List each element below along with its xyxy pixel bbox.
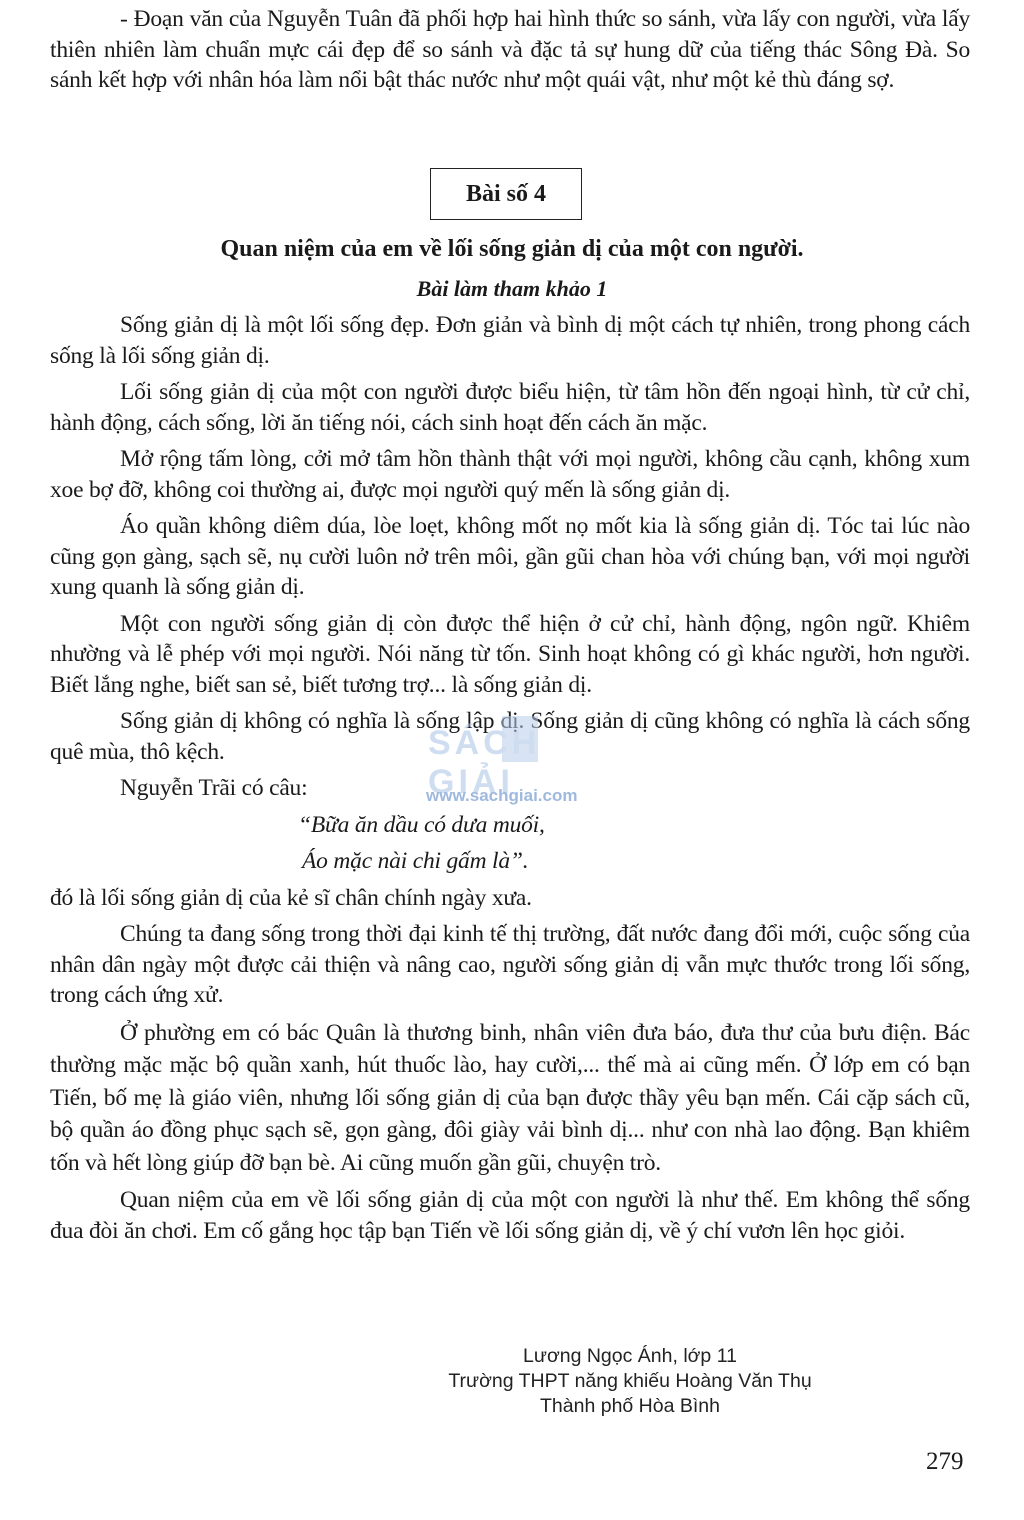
author-name: Lương Ngọc Ánh, lớp 11 (400, 1344, 860, 1369)
body-paragraph: Mở rộng tấm lòng, cởi mở tâm hồn thành t… (50, 444, 970, 505)
author-school: Trường THPT năng khiếu Hoàng Văn Thụ (400, 1369, 860, 1394)
body-paragraph: đó là lối sống giản dị của kẻ sĩ chân ch… (50, 883, 970, 914)
essay-subtitle: Bài làm tham khảo 1 (0, 276, 1024, 302)
essay-title: Quan niệm của em về lối sống giản dị của… (0, 236, 1024, 263)
book-page: - Đoạn văn của Nguyễn Tuân đã phối hợp h… (0, 0, 1024, 1520)
body-paragraph: Một con người sống giản dị còn được thể … (50, 609, 970, 701)
intro-section: - Đoạn văn của Nguyễn Tuân đã phối hợp h… (50, 4, 970, 96)
body-paragraph: Sống giản dị là một lối sống đẹp. Đơn gi… (50, 310, 970, 371)
poem-line: “Bữa ăn dầu có dưa muối, (50, 810, 970, 841)
body-paragraph: Lối sống giản dị của một con người được … (50, 377, 970, 438)
body-paragraph: Chúng ta đang sống trong thời đại kinh t… (50, 919, 970, 1011)
body-paragraph: Áo quần không diêm dúa, lòe loẹt, không … (50, 511, 970, 603)
essay-body: Sống giản dị là một lối sống đẹp. Đơn gi… (50, 310, 970, 1246)
intro-paragraph: - Đoạn văn của Nguyễn Tuân đã phối hợp h… (50, 4, 970, 96)
body-paragraph: Ở phường em có bác Quân là thương binh, … (50, 1017, 970, 1180)
page-number: 279 (926, 1448, 964, 1476)
author-signature: Lương Ngọc Ánh, lớp 11 Trường THPT năng … (400, 1344, 860, 1419)
author-city: Thành phố Hòa Bình (400, 1394, 860, 1419)
poem-quote: “Bữa ăn dầu có dưa muối, Áo mặc nài chi … (50, 810, 970, 877)
section-label-box: Bài số 4 (430, 168, 582, 220)
body-paragraph: Quan niệm của em về lối sống giản dị của… (50, 1185, 970, 1246)
body-paragraph: Sống giản dị không có nghĩa là sống lập … (50, 706, 970, 767)
body-paragraph: Nguyễn Trãi có câu: (50, 773, 970, 804)
poem-line: Áo mặc nài chi gấm là”. (50, 846, 970, 877)
section-label: Bài số 4 (466, 181, 546, 208)
